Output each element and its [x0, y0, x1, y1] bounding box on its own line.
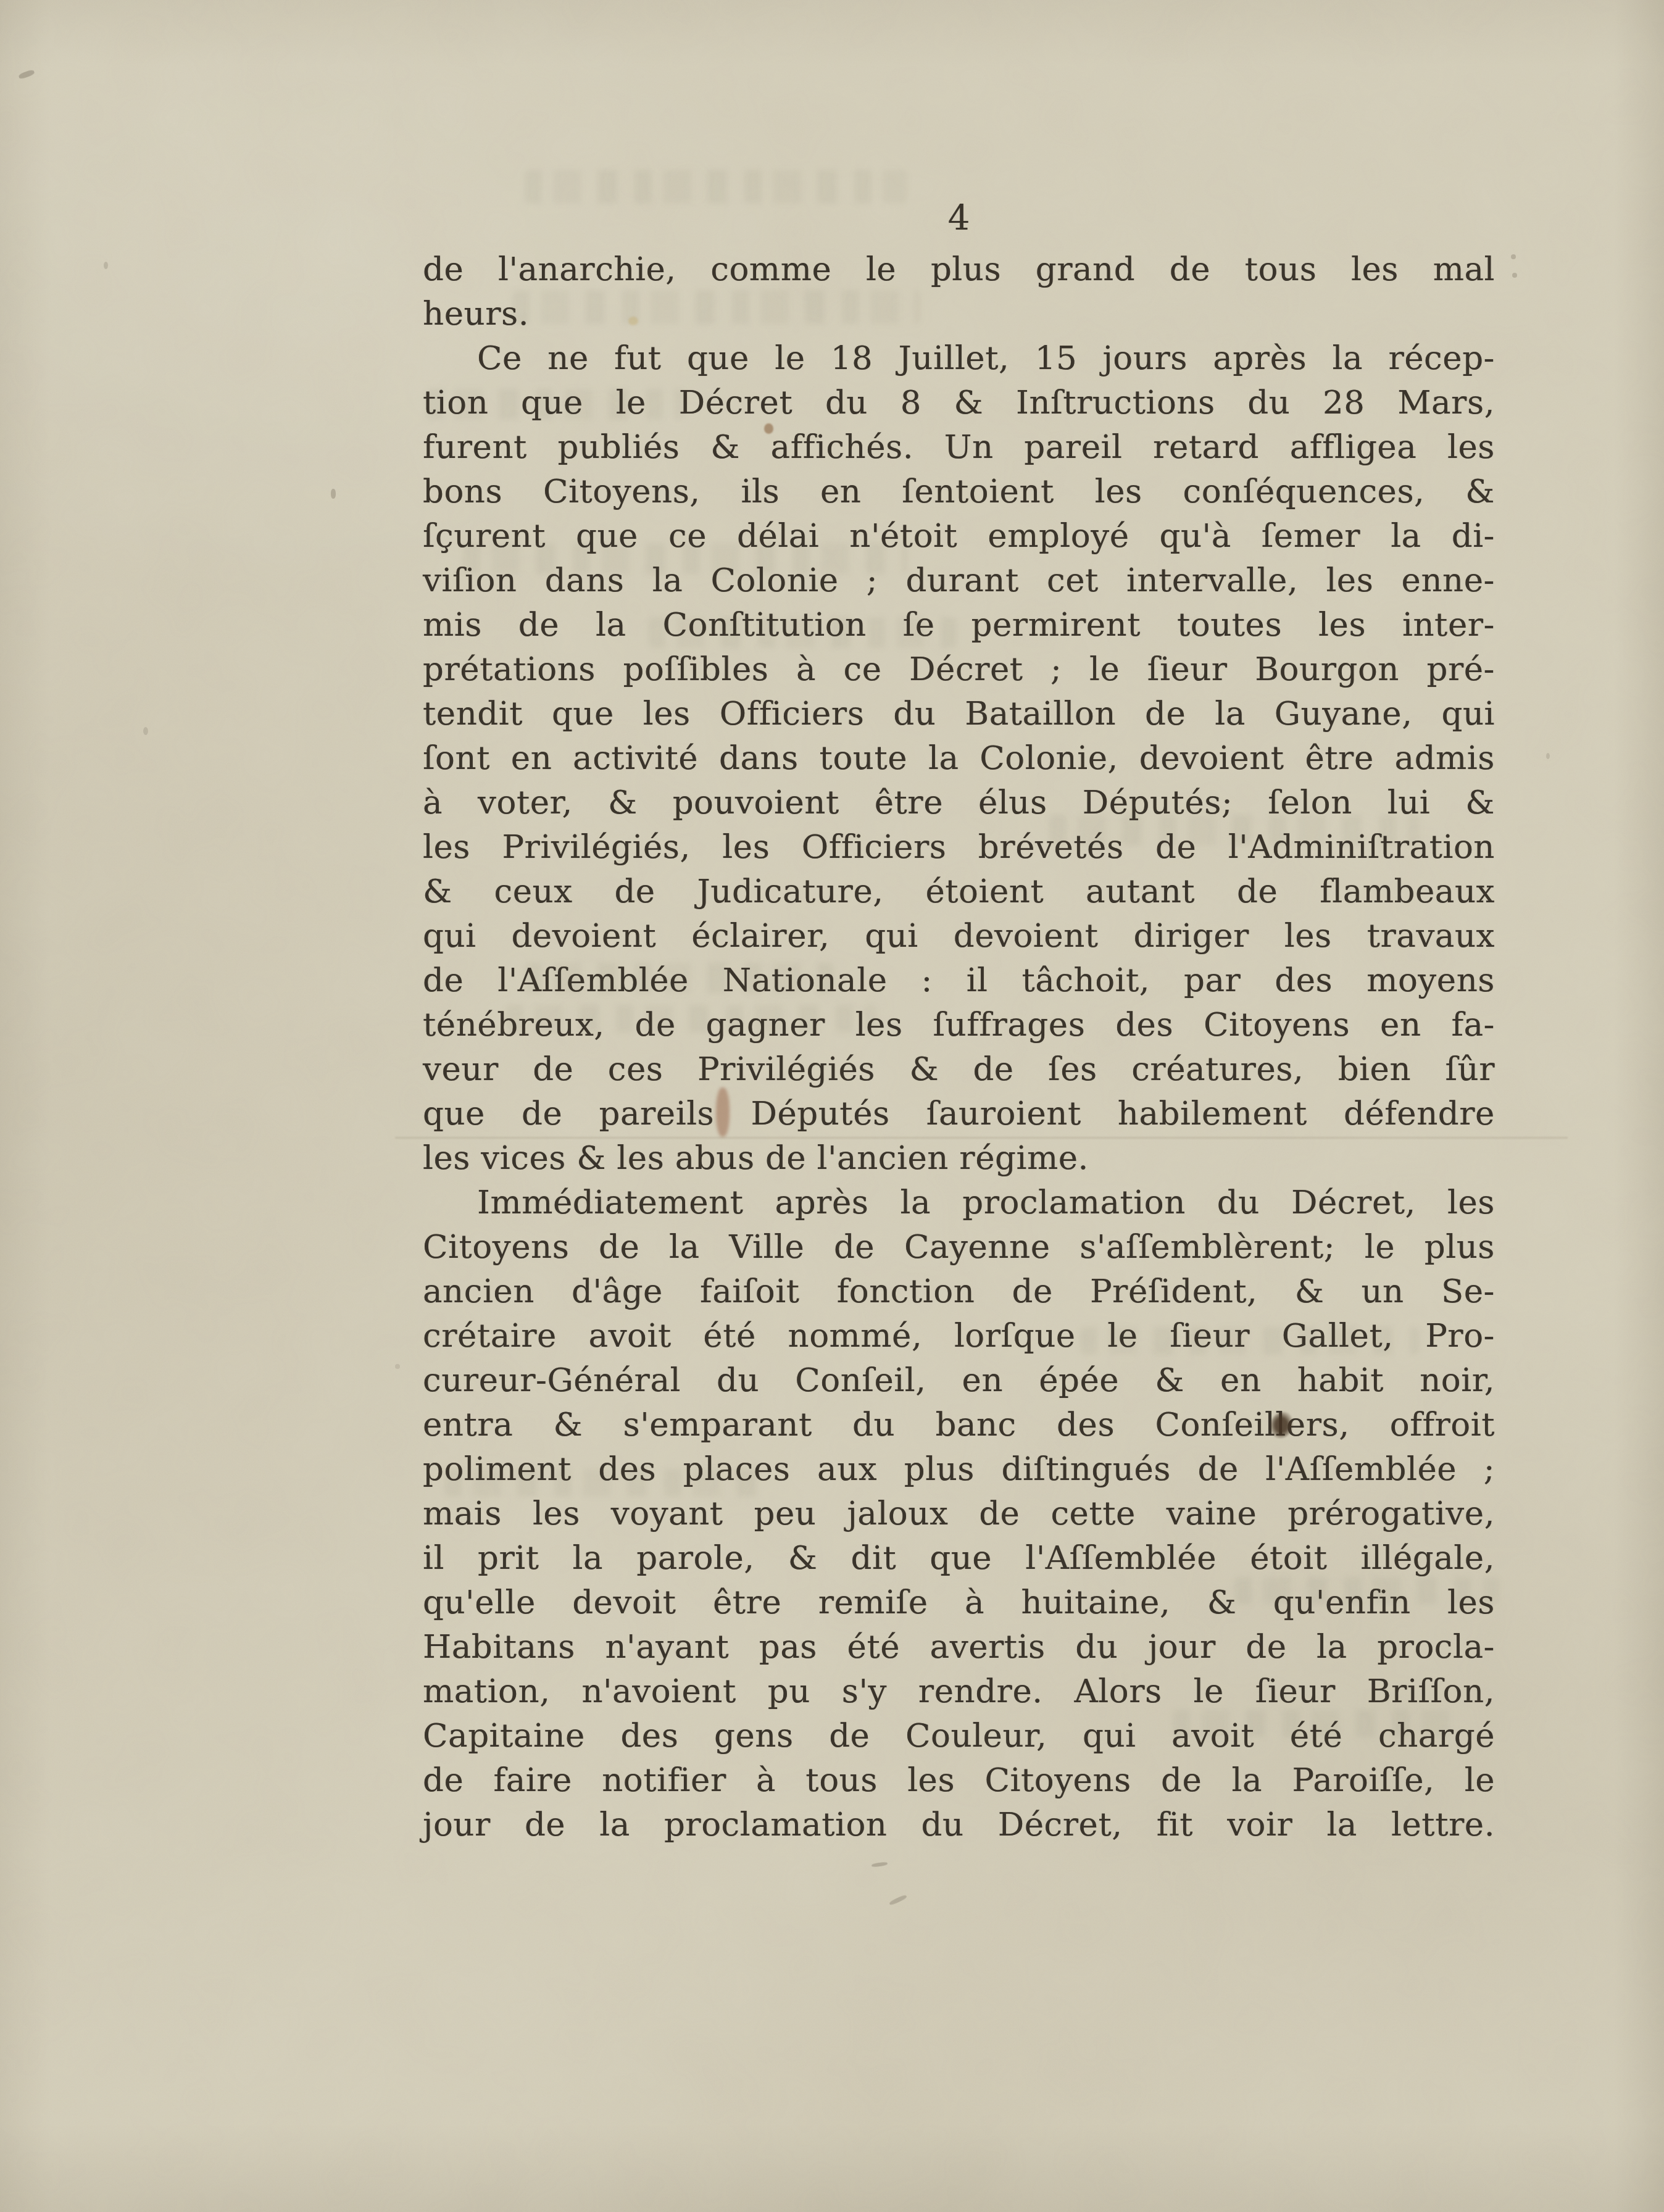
text-line: entra & s'emparant du banc des Conſeille… — [423, 1403, 1495, 1447]
text-line: Citoyens de la Ville de Cayenne s'aſſemb… — [423, 1225, 1495, 1270]
text-line: Ce ne fut que le 18 Juillet, 15 jours ap… — [423, 336, 1495, 381]
text-line: jour de la proclamation du Décret, fit v… — [423, 1803, 1495, 1847]
text-line: prétations poſſibles à ce Décret ; le ſi… — [423, 647, 1495, 692]
paper-speck — [331, 489, 336, 499]
text-line: mation, n'avoient pu s'y rendre. Alors l… — [423, 1669, 1495, 1714]
text-line: poliment des places aux plus diſtingués … — [423, 1447, 1495, 1492]
text-line: ſçurent que ce délai n'étoit employé qu'… — [423, 514, 1495, 559]
text-line: Immédiatement après la proclamation du D… — [423, 1181, 1495, 1225]
text-line: à voter, & pouvoient être élus Députés; … — [423, 781, 1495, 825]
paper-speck — [395, 1364, 400, 1369]
text-line: heurs. — [423, 292, 1495, 336]
text-line: crétaire avoit été nommé, lorſque le ſie… — [423, 1314, 1495, 1358]
text-line: mis de la Conſtitution ſe permirent tout… — [423, 603, 1495, 647]
paper-stain — [628, 317, 638, 325]
text-line: de l'anarchie, comme le plus grand de to… — [423, 247, 1495, 292]
text-line: qui devoient éclairer, qui devoient diri… — [423, 914, 1495, 958]
paper-stain — [764, 423, 773, 434]
paper-speck — [1512, 273, 1517, 278]
text-line: ténébreux, de gagner les ſuffrages des C… — [423, 1003, 1495, 1047]
text-line: Capitaine des gens de Couleur, qui avoit… — [423, 1714, 1495, 1758]
text-line: il prit la parole, & dit que l'Aſſemblée… — [423, 1536, 1495, 1581]
text-line: cureur-Général du Conſeil, en épée & en … — [423, 1358, 1495, 1403]
body-text: de l'anarchie, comme le plus grand de to… — [423, 247, 1495, 1847]
page-number: 4 — [423, 196, 1495, 241]
paper-speck — [889, 1894, 907, 1906]
text-line: ſont en activité dans toute la Colonie, … — [423, 736, 1495, 781]
paper-speck — [143, 727, 148, 735]
text-line: de faire notifier à tous les Citoyens de… — [423, 1758, 1495, 1803]
text-line: ancien d'âge faiſoit fonction de Préſide… — [423, 1270, 1495, 1314]
text-line: tion que le Décret du 8 & Inſtructions d… — [423, 381, 1495, 425]
text-line: de l'Aſſemblée Nationale : il tâchoit, p… — [423, 958, 1495, 1003]
text-line: les Privilégiés, les Officiers brévetés … — [423, 825, 1495, 870]
text-line: veur de ces Privilégiés & de ſes créatur… — [423, 1047, 1495, 1092]
paper-crease — [395, 1137, 1568, 1139]
text-line: Habitans n'ayant pas été avertis du jour… — [423, 1625, 1495, 1669]
text-line: viſion dans la Colonie ; durant cet inte… — [423, 559, 1495, 603]
paper-speck — [1511, 254, 1516, 259]
paper-speck — [104, 262, 108, 269]
paper-speck — [18, 69, 35, 80]
text-line: mais les voyant peu jaloux de cette vain… — [423, 1492, 1495, 1536]
text-line: tendit que les Officiers du Bataillon de… — [423, 692, 1495, 736]
text-line: furent publiés & affichés. Un pareil ret… — [423, 425, 1495, 470]
text-line: les vices & les abus de l'ancien régime. — [423, 1136, 1495, 1181]
text-line: que de pareils Députés ſauroient habilem… — [423, 1092, 1495, 1136]
paper-stain — [716, 1087, 730, 1137]
paper-speck — [1546, 753, 1550, 759]
text-line: qu'elle devoit être remiſe à huitaine, &… — [423, 1581, 1495, 1625]
text-line: bons Citoyens, ils en ſentoient les conſ… — [423, 470, 1495, 514]
paper-speck — [872, 1861, 888, 1868]
scanned-page: 4 de l'anarchie, comme le plus grand de … — [0, 0, 1664, 2212]
text-line: & ceux de Judicature, étoient autant de … — [423, 870, 1495, 914]
